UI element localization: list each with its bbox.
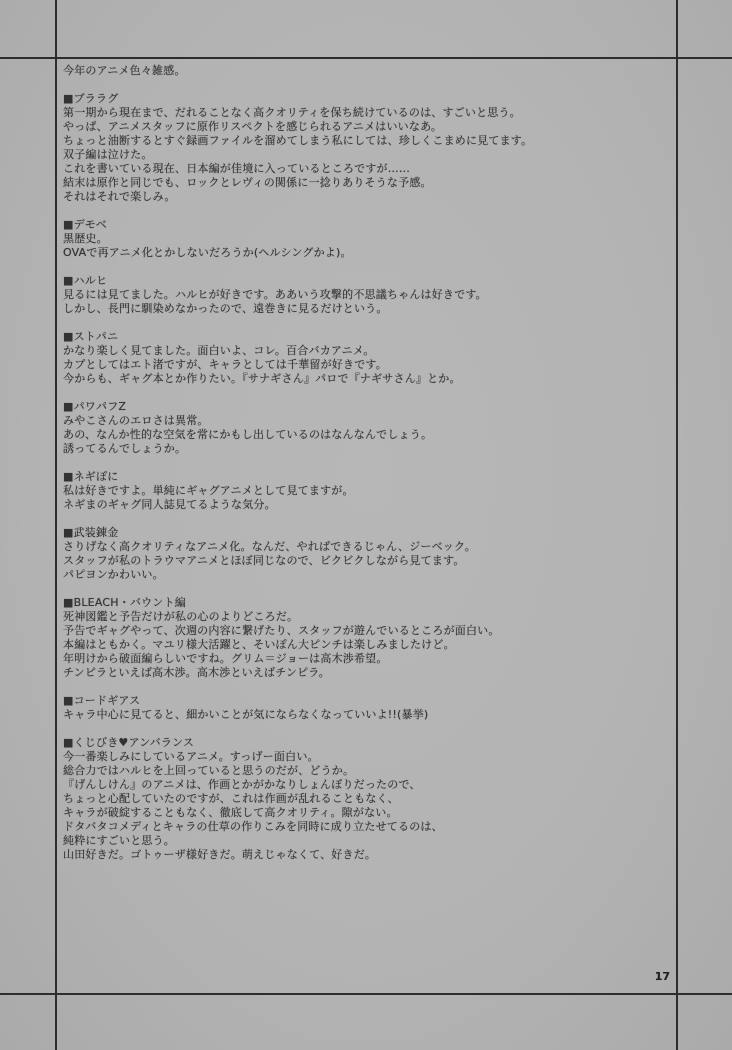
essay-section-powerpuff-z: ■パワパフZ みやこさんのエロさは異常。 あの、なんか性的な空気を常にかもし出し… xyxy=(63,400,663,456)
text-line: チンピラといえば高木渉。高木渉といえばチンピラ。 xyxy=(63,666,663,680)
section-title: ■ブララグ xyxy=(63,92,663,106)
text-line: それはそれで楽しみ。 xyxy=(63,190,663,204)
essay-text-block: 今年のアニメ色々雑感。 ■ブララグ 第一期から現在まで、だれることなく高クオリテ… xyxy=(63,64,663,862)
text-line: しかし、長門に馴染めなかったので、遠巻きに見るだけという。 xyxy=(63,302,663,316)
text-line: ちょっと油断するとすぐ録画ファイルを溜めてしまう私にしては、珍しくこまめに見てま… xyxy=(63,134,663,148)
essay-section-kujibiki-unbalance: ■くじびき♥アンバランス 今一番楽しみにしているアニメ。すっげー面白い。 総合力… xyxy=(63,736,663,862)
essay-section-negiponi: ■ネギぽに 私は好きですよ。単純にギャグアニメとして見てますが。 ネギまのギャグ… xyxy=(63,470,663,512)
text-line: 第一期から現在まで、だれることなく高クオリティを保ち続けているのは、すごいと思う… xyxy=(63,106,663,120)
essay-section-bleach-bount: ■BLEACH・バウント編 死神図鑑と予告だけが私の心のよりどころだ。 予告でギ… xyxy=(63,596,663,680)
text-line: OVAで再アニメ化とかしないだろうか(ヘルシングかよ)。 xyxy=(63,246,663,260)
text-line: 今一番楽しみにしているアニメ。すっげー面白い。 xyxy=(63,750,663,764)
section-title: ■デモベ xyxy=(63,218,663,232)
text-line: キャラ中心に見てると、細かいことが気にならなくなっていいよ!!(暴挙) xyxy=(63,708,663,722)
text-line: 黒歴史。 xyxy=(63,232,663,246)
section-title: ■コードギアス xyxy=(63,694,663,708)
text-line: ドタバタコメディとキャラの仕草の作りこみを同時に成り立たせてるのは、 xyxy=(63,820,663,834)
text-line: 双子編は泣けた。 xyxy=(63,148,663,162)
essay-section-strawberry-panic: ■ストパニ かなり楽しく見てました。面白いよ、コレ。百合バカアニメ。 カプとして… xyxy=(63,330,663,386)
text-line: 誘ってるんでしょうか。 xyxy=(63,442,663,456)
essay-section-demonbane: ■デモベ 黒歴史。 OVAで再アニメ化とかしないだろうか(ヘルシングかよ)。 xyxy=(63,218,663,260)
frame-line-bottom xyxy=(0,993,732,995)
page-number: 17 xyxy=(655,970,670,983)
text-line: スタッフが私のトラウマアニメとほぼ同じなので、ビクビクしながら見てます。 xyxy=(63,554,663,568)
section-title: ■武装錬金 xyxy=(63,526,663,540)
essay-section-code-geass: ■コードギアス キャラ中心に見てると、細かいことが気にならなくなっていいよ!!(… xyxy=(63,694,663,722)
text-line: 今からも、ギャグ本とか作りたい。『サナギさん』パロで『ナギサさん』とか。 xyxy=(63,372,663,386)
text-line: 年明けから破面編らしいですね。グリム＝ジョーは高木渉希望。 xyxy=(63,652,663,666)
essay-section-busou-renkin: ■武装錬金 さりげなく高クオリティなアニメ化。なんだ、やればできるじゃん、ジーベ… xyxy=(63,526,663,582)
text-line: 私は好きですよ。単純にギャグアニメとして見てますが。 xyxy=(63,484,663,498)
text-line: 『げんしけん』のアニメは、作画とかがかなりしょんぼりだったので、 xyxy=(63,778,663,792)
essay-section-black-lagoon: ■ブララグ 第一期から現在まで、だれることなく高クオリティを保ち続けているのは、… xyxy=(63,92,663,204)
section-title: ■ネギぽに xyxy=(63,470,663,484)
section-title: ■ハルヒ xyxy=(63,274,663,288)
text-line: 総合力ではハルヒを上回っていると思うのだが、どうか。 xyxy=(63,764,663,778)
text-line: これを書いている現在、日本編が佳境に入っているところですが…… xyxy=(63,162,663,176)
text-line: ネギまのギャグ同人誌見てるような気分。 xyxy=(63,498,663,512)
text-line: パピヨンかわいい。 xyxy=(63,568,663,582)
text-line: 予告でギャグやって、次週の内容に繋げたり、スタッフが遊んでいるところが面白い。 xyxy=(63,624,663,638)
text-line: 死神図鑑と予告だけが私の心のよりどころだ。 xyxy=(63,610,663,624)
frame-line-left xyxy=(55,0,57,1050)
frame-line-right xyxy=(676,0,678,1050)
essay-section-haruhi: ■ハルヒ 見るには見てました。ハルヒが好きです。ああいう攻撃的不思議ちゃんは好き… xyxy=(63,274,663,316)
section-title: ■パワパフZ xyxy=(63,400,663,414)
text-line: やっぱ、アニメスタッフに原作リスペクトを感じられるアニメはいいなあ。 xyxy=(63,120,663,134)
text-line: さりげなく高クオリティなアニメ化。なんだ、やればできるじゃん、ジーベック。 xyxy=(63,540,663,554)
page-intro-line: 今年のアニメ色々雑感。 xyxy=(63,64,663,78)
text-line: キャラが破綻することもなく、徹底して高クオリティ。隙がない。 xyxy=(63,806,663,820)
text-line: カプとしてはエト渚ですが、キャラとしては千華留が好きです。 xyxy=(63,358,663,372)
text-line: 見るには見てました。ハルヒが好きです。ああいう攻撃的不思議ちゃんは好きです。 xyxy=(63,288,663,302)
text-line: ちょっと心配していたのですが、これは作画が乱れることもなく、 xyxy=(63,792,663,806)
text-line: 本編はともかく。マユリ様大活躍と、そいぽん大ピンチは楽しみましたけど。 xyxy=(63,638,663,652)
section-title: ■BLEACH・バウント編 xyxy=(63,596,663,610)
section-title: ■くじびき♥アンバランス xyxy=(63,736,663,750)
section-title: ■ストパニ xyxy=(63,330,663,344)
frame-line-top xyxy=(0,57,732,59)
text-line: 純粋にすごいと思う。 xyxy=(63,834,663,848)
text-line: 結末は原作と同じでも、ロックとレヴィの関係に一捻りありそうな予感。 xyxy=(63,176,663,190)
text-line: 山田好きだ。ゴトゥーザ様好きだ。萌えじゃなくて、好きだ。 xyxy=(63,848,663,862)
text-line: みやこさんのエロさは異常。 xyxy=(63,414,663,428)
text-line: あの、なんか性的な空気を常にかもし出しているのはなんなんでしょう。 xyxy=(63,428,663,442)
text-line: かなり楽しく見てました。面白いよ、コレ。百合バカアニメ。 xyxy=(63,344,663,358)
